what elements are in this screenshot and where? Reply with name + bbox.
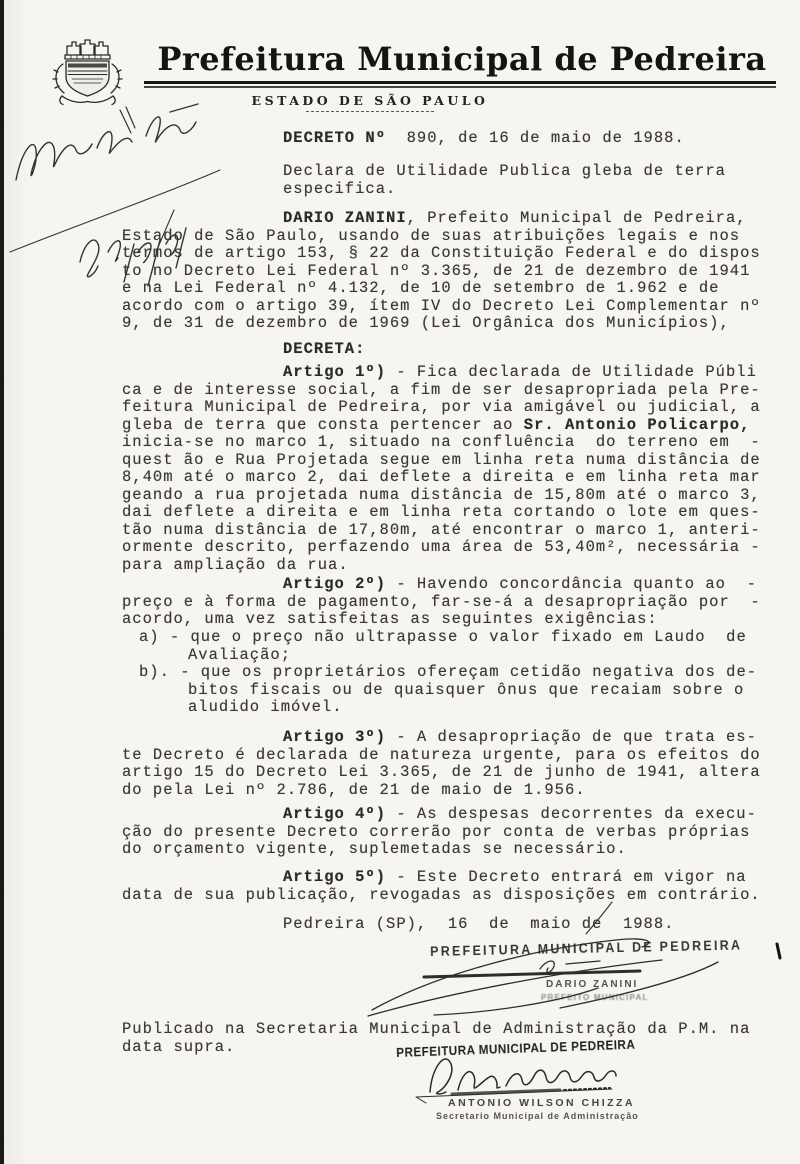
text-line: te Decreto é declarada de natureza urgen…	[122, 747, 790, 765]
text-line: acordo, uma vez satisfeitas as seguintes…	[122, 611, 790, 629]
text-line: ormente descrito, perfazendo uma área de…	[122, 539, 790, 557]
text-line: Avaliação;	[188, 647, 790, 665]
article-2: Artigo 2º) - Havendo concordância quanto…	[122, 576, 790, 629]
secretary-name: ANTONIO WILSON CHIZZA	[448, 1097, 635, 1109]
text-line: especifica.	[283, 181, 800, 199]
text-line: do pela Lei nº 2.786, de 21 de maio de 1…	[122, 782, 790, 800]
decree-summary: Declara de Utilidade Publica gleba de te…	[122, 163, 800, 198]
text-line: Publicado na Secretaria Municipal de Adm…	[122, 1021, 790, 1039]
scan-edge-strip	[0, 0, 4, 1164]
article-2-item-a: a) - que o preço não ultrapasse o valor …	[122, 629, 790, 664]
text-line: ca e de interesse social, a fim de ser d…	[122, 382, 790, 400]
text-line: inicia-se no marco 1, situado na confluê…	[122, 434, 790, 452]
article-3: Artigo 3º) - A desapropriação de que tra…	[122, 729, 790, 799]
mayor-name: DARIO ZANINI	[546, 979, 638, 990]
text-line: to no Decreto Lei Federal nº 3.365, de 2…	[122, 263, 790, 281]
text-line: aludido imóvel.	[188, 699, 790, 717]
text-line: quest ão e Rua Projetada segue em linha …	[122, 452, 790, 470]
article-2-item-b: b). - que os proprietários ofereçam ceti…	[122, 664, 790, 717]
municipal-coat-of-arms-icon	[50, 38, 124, 108]
page-title: Prefeitura Municipal de Pedreira	[142, 40, 782, 78]
text-line: termos de artigo 153, § 22 da Constituiç…	[122, 245, 790, 263]
article-4: Artigo 4º) - As despesas decorrentes da …	[122, 806, 790, 859]
text-line: acordo com o artigo 39, ítem IV do Decre…	[122, 298, 790, 316]
text-line: ção do presente Decreto correrão por con…	[122, 824, 790, 842]
decree-number-line: DECRETO Nº 890, de 16 de maio de 1988.	[122, 130, 790, 148]
article-1: Artigo 1º) - Fica declarada de Utilidade…	[122, 364, 790, 574]
state-line: ESTADO DE SÃO PAULO	[250, 93, 490, 108]
text-line: artigo 15 do Decreto Lei 3.365, de 21 de…	[122, 764, 790, 782]
mayor-title: PREFEITO MUNICIPAL	[541, 993, 649, 1002]
state-line-underline	[306, 111, 434, 112]
text-line: e na Lei Federal nº 4.132, de 10 de sete…	[122, 280, 790, 298]
text-line: feitura Municipal de Pedreira, por via a…	[122, 399, 790, 417]
mayor-stamp-text: PREFEITURA MUNICIPAL DE PEDREIRA	[430, 937, 742, 959]
text-line: dai deflete a direita e em linha reta co…	[122, 504, 790, 522]
header-double-rule	[144, 81, 776, 88]
text-line: Estado de São Paulo, usando de suas atri…	[122, 228, 790, 246]
text-line: data de sua publicação, revogadas as dis…	[122, 887, 790, 905]
text-line: bitos fiscais ou de quaisquer ônus que r…	[188, 682, 790, 700]
text-line: 9, de 31 de dezembro de 1969 (Lei Orgâni…	[122, 315, 790, 333]
article-5: Artigo 5º) - Este Decreto entrará em vig…	[122, 869, 790, 904]
text-line: tão numa distância de 17,80m, até encont…	[122, 522, 790, 540]
secretary-title: Secretario Municipal de Administração	[436, 1111, 639, 1121]
text-line: do orçamento vigente, suplemetadas se ne…	[122, 841, 790, 859]
text-line: 8,40m até o marco 2, dai deflete a direi…	[122, 469, 790, 487]
decreta-heading: DECRETA:	[122, 341, 790, 359]
text-line: preço e à forma de pagamento, far-se-á a…	[122, 594, 790, 612]
scanned-decree-page: Prefeitura Municipal de Pedreira ESTADO …	[0, 0, 800, 1164]
text-line: geando a rua projetada numa distância de…	[122, 487, 790, 505]
text-line: para ampliação da rua.	[122, 557, 790, 575]
stray-ink-tick	[777, 944, 780, 958]
text-line: Declara de Utilidade Publica gleba de te…	[283, 163, 800, 181]
date-line: Pedreira (SP), 16 de maio de 1988.	[122, 916, 790, 934]
decree-preamble: DARIO ZANINI, Prefeito Municipal de Pedr…	[122, 210, 790, 333]
